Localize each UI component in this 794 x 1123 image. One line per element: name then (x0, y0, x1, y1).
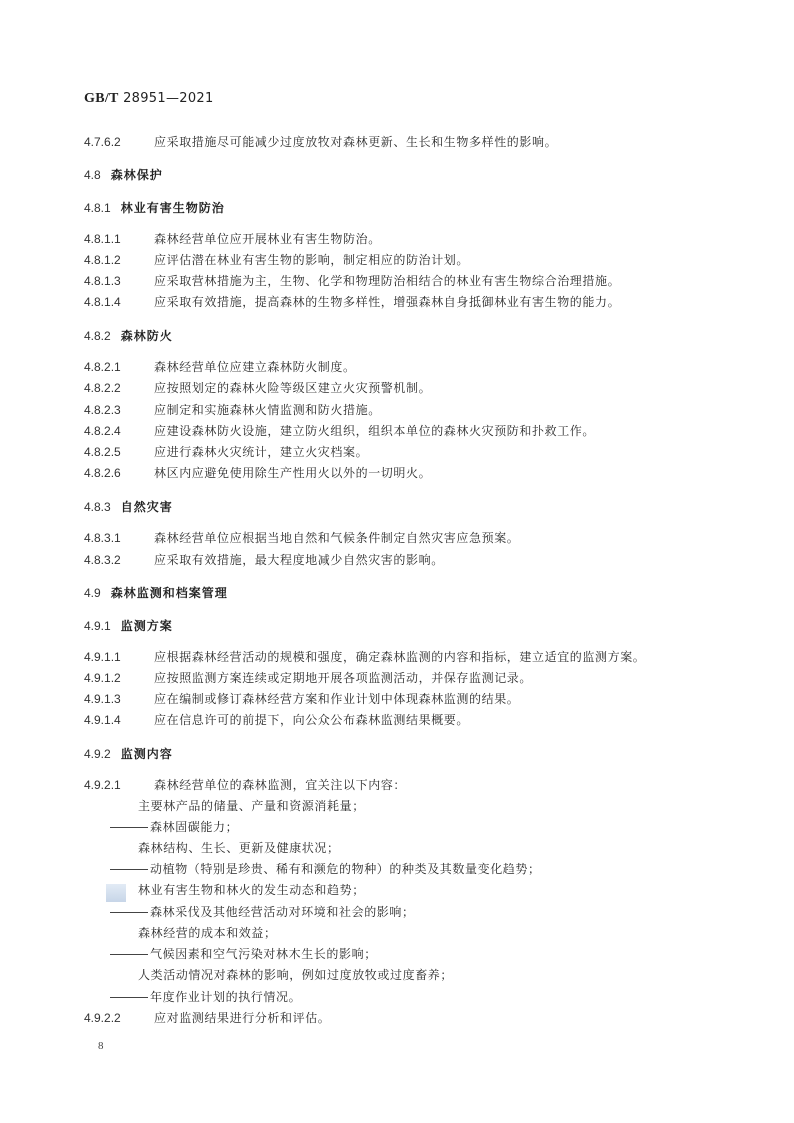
em-dash-marker (110, 997, 148, 998)
clause-4-8-2-1: 4.8.2.1森林经营单位应建立森林防火制度。 (84, 358, 356, 375)
list-item: 动植物（特别是珍贵、稀有和濒危的物种）的种类及其数量变化趋势； (110, 860, 541, 877)
clause-4-9-1-3: 4.9.1.3应在编制或修订森林经营方案和作业计划中体现森林监测的结果。 (84, 690, 519, 707)
list-item: 森林结构、生长、更新及健康状况； (138, 839, 340, 856)
standard-prefix: GB/T (84, 91, 119, 106)
clause-4-9-2-2: 4.9.2.2应对监测结果进行分析和评估。 (84, 1009, 330, 1026)
section-heading-4-9-2: 4.9.2监测内容 (84, 745, 173, 762)
standard-code-header: GB/T 28951—2021 (84, 91, 214, 107)
clause-4-8-2-6: 4.8.2.6林区内应避免使用除生产性用火以外的一切明火。 (84, 464, 431, 481)
clause-4-8-2-2: 4.8.2.2应按照划定的森林火险等级区建立火灾预警机制。 (84, 379, 431, 396)
section-heading-4-8-1: 4.8.1林业有害生物防治 (84, 199, 225, 216)
clause-4-8-2-4: 4.8.2.4应建设森林防火设施，建立防火组织，组织本单位的森林火灾预防和扑救工… (84, 422, 595, 439)
list-item: 森林采伐及其他经营活动对环境和社会的影响； (110, 903, 415, 920)
scan-highlight-mark (106, 884, 126, 902)
section-heading-4-8-2: 4.8.2森林防火 (84, 327, 173, 344)
clause-4-9-1-4: 4.9.1.4应在信息许可的前提下，向公众公布森林监测结果概要。 (84, 711, 469, 728)
clause-4-9-1-1: 4.9.1.1应根据森林经营活动的规模和强度，确定森林监测的内容和指标，建立适宜… (84, 648, 645, 665)
section-heading-4-9: 4.9森林监测和档案管理 (84, 584, 228, 601)
section-heading-4-8-3: 4.8.3自然灾害 (84, 498, 173, 515)
page-number: 8 (98, 1040, 104, 1052)
clause-4-9-2-1: 4.9.2.1森林经营单位的森林监测，宜关注以下内容： (84, 776, 406, 793)
clause-4-8-2-5: 4.8.2.5应进行森林火灾统计，建立火灾档案。 (84, 443, 368, 460)
clause-4-7-6-2: 4.7.6.2应采取措施尽可能减少过度放牧对森林更新、生长和生物多样性的影响。 (84, 133, 557, 150)
em-dash-marker (110, 827, 148, 828)
clause-4-8-1-1: 4.8.1.1森林经营单位应开展林业有害生物防治。 (84, 230, 381, 247)
standard-number: 28951—2021 (123, 91, 213, 106)
list-item: 气候因素和空气污染对林木生长的影响； (110, 945, 377, 962)
list-item: 主要林产品的储量、产量和资源消耗量； (138, 797, 365, 814)
list-item: 林业有害生物和林火的发生动态和趋势； (138, 881, 365, 898)
list-item: 人类活动情况对森林的影响，例如过度放牧或过度畜养； (138, 966, 453, 983)
clause-4-8-3-1: 4.8.3.1森林经营单位应根据当地自然和气候条件制定自然灾害应急预案。 (84, 529, 519, 546)
section-heading-4-8: 4.8森林保护 (84, 166, 163, 183)
list-item: 森林固碳能力； (110, 818, 238, 835)
list-item: 森林经营的成本和效益； (138, 924, 277, 941)
clause-4-8-2-3: 4.8.2.3应制定和实施森林火情监测和防火措施。 (84, 401, 381, 418)
section-heading-4-9-1: 4.9.1监测方案 (84, 617, 173, 634)
clause-4-8-3-2: 4.8.3.2应采取有效措施，最大程度地减少自然灾害的影响。 (84, 551, 444, 568)
clause-4-9-1-2: 4.9.1.2应按照监测方案连续或定期地开展各项监测活动，并保存监测记录。 (84, 669, 532, 686)
em-dash-marker (110, 869, 148, 870)
em-dash-marker (110, 912, 148, 913)
document-page: GB/T 28951—2021 4.7.6.2应采取措施尽可能减少过度放牧对森林… (0, 0, 794, 1123)
clause-4-8-1-2: 4.8.1.2应评估潜在林业有害生物的影响，制定相应的防治计划。 (84, 251, 469, 268)
em-dash-marker (110, 954, 148, 955)
clause-4-8-1-3: 4.8.1.3应采取营林措施为主，生物、化学和物理防治相结合的林业有害生物综合治… (84, 272, 620, 289)
list-item: 年度作业计划的执行情况。 (110, 988, 301, 1005)
clause-4-8-1-4: 4.8.1.4应采取有效措施，提高森林的生物多样性，增强森林自身抵御林业有害生物… (84, 293, 620, 310)
